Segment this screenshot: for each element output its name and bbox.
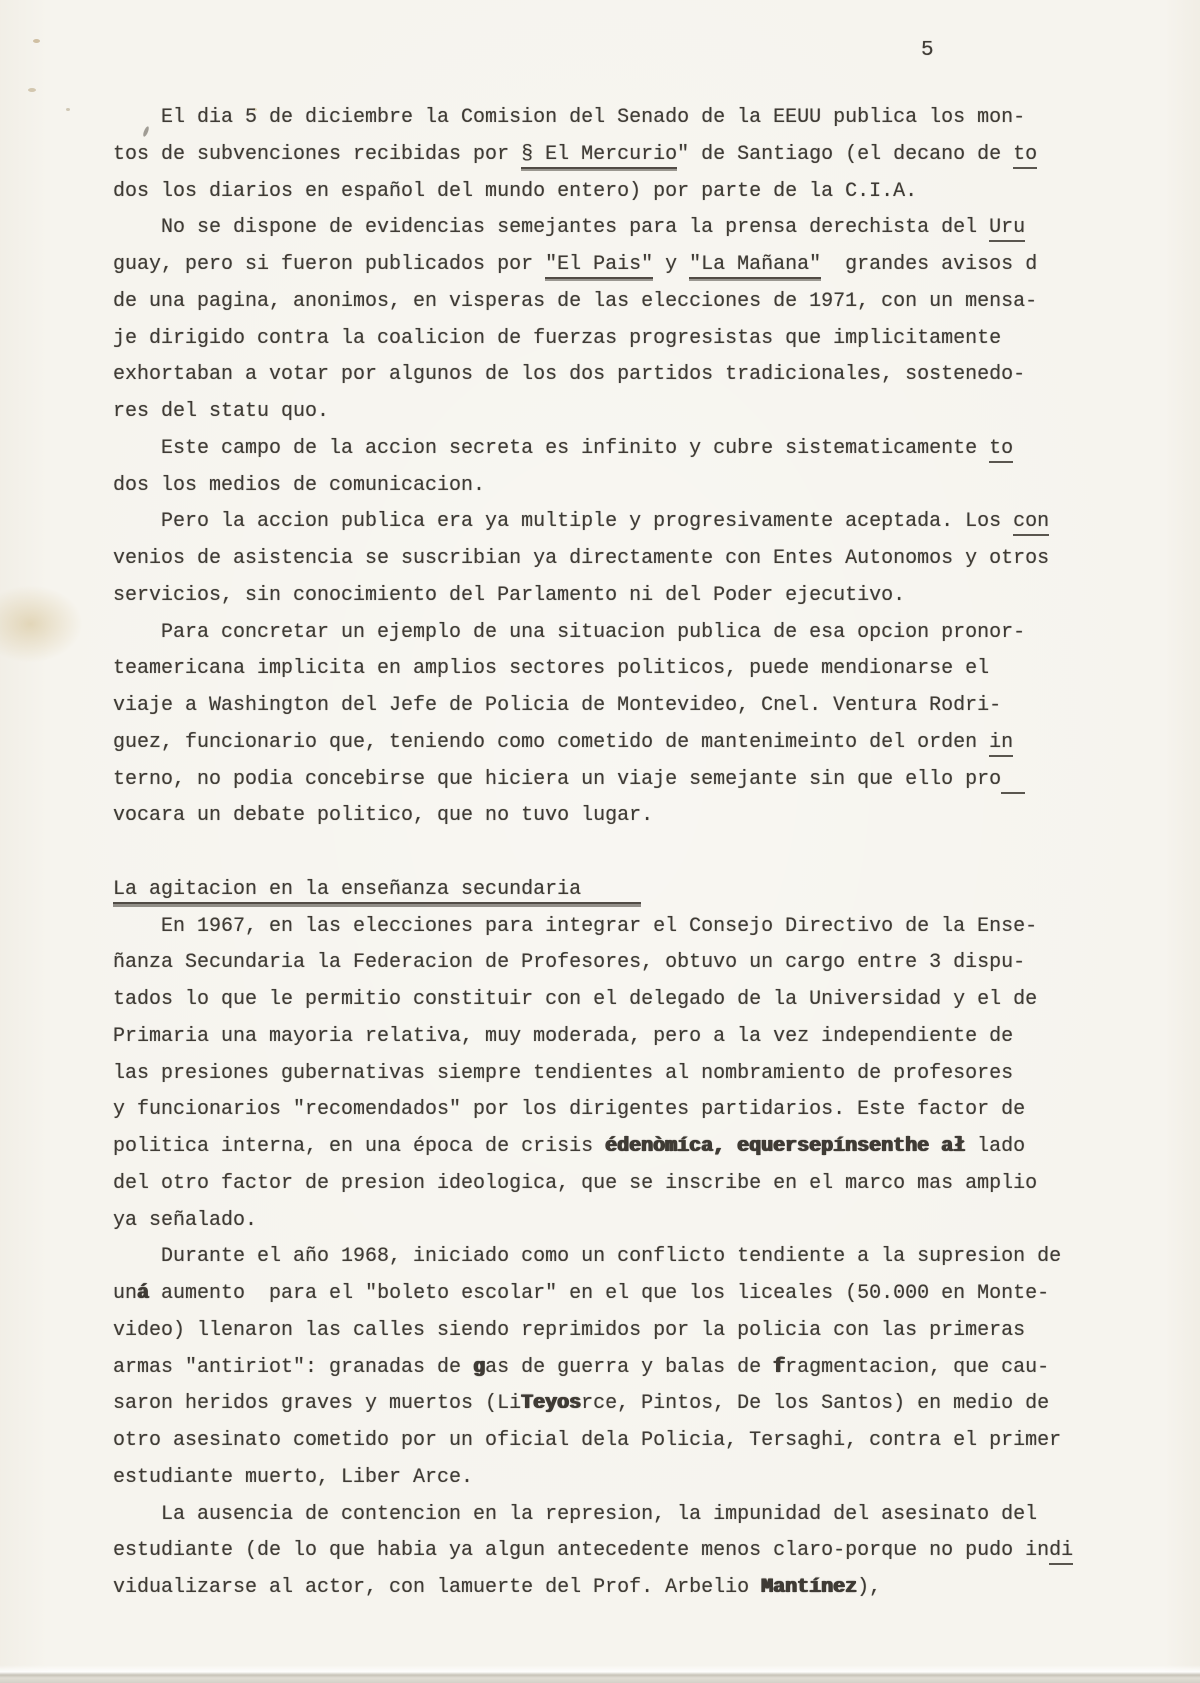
text-segment: El dia 5 de diciembre la Comision del Se… (113, 106, 1025, 129)
text-line: otro asesinato cometido por un oficial d… (113, 1423, 1073, 1460)
text-line: las presiones gubernativas siempre tendi… (113, 1056, 1073, 1093)
text-line: Este campo de la accion secreta es infin… (113, 431, 1073, 468)
text-segment: dos los diarios en español del mundo ent… (113, 180, 917, 203)
underlined-text: § El Mercurio (521, 143, 677, 169)
text-segment: as de guerra y balas de (485, 1356, 773, 1379)
text-segment: guez, funcionario que, teniendo como com… (113, 731, 989, 754)
text-line: exhortaban a votar por algunos de los do… (113, 357, 1073, 394)
text-segment: un (113, 1282, 137, 1305)
text-segment: Primaria una mayoria relativa, muy moder… (113, 1025, 1013, 1048)
text-line: video) llenaron las calles siendo reprim… (113, 1313, 1073, 1350)
text-line: dos los diarios en español del mundo ent… (113, 174, 1073, 211)
text-line: uná aumento para el "boleto escolar" en … (113, 1276, 1073, 1313)
text-segment: vocara un debate politico, que no tuvo l… (113, 804, 653, 827)
scan-edge-shadow (0, 1665, 1200, 1683)
text-segment: Para concretar un ejemplo de una situaci… (113, 621, 1025, 644)
underlined-text: "La Mañana" (689, 253, 821, 279)
text-segment: Durante el año 1968, iniciado como un co… (113, 1245, 1061, 1268)
overstruck-text: Mantínez (761, 1576, 857, 1599)
text-segment: je dirigido contra la coalicion de fuerz… (113, 327, 1001, 350)
text-line: saron heridos graves y muertos (LiTeyosr… (113, 1386, 1073, 1423)
overstruck-text: édenòmíca, equersepínsenthe ał (605, 1135, 965, 1158)
text-segment: terno, no podia concebirse que hiciera u… (113, 768, 1001, 791)
text-line: estudiante muerto, Liber Arce. (113, 1460, 1073, 1497)
text-segment: ñanza Secundaria la Federacion de Profes… (113, 951, 1025, 974)
page-number: 5 (921, 39, 934, 62)
text-line: En 1967, en las elecciones para integrar… (113, 909, 1073, 946)
underlined-text: di (1049, 1539, 1073, 1565)
text-segment: video) llenaron las calles siendo reprim… (113, 1319, 1025, 1342)
text-segment: saron heridos graves y muertos (Li (113, 1392, 521, 1415)
underlined-text: con (1013, 510, 1049, 536)
text-segment: venios de asistencia se suscribian ya di… (113, 547, 1049, 570)
text-segment: La ausencia de contencion en la represio… (113, 1503, 1037, 1526)
text-line: Para concretar un ejemplo de una situaci… (113, 615, 1073, 652)
text-segment: En 1967, en las elecciones para integrar… (113, 915, 1037, 938)
section-heading: La agitacion en la enseñanza secundaria (113, 878, 641, 904)
text-line: No se dispone de evidencias semejantes p… (113, 210, 1073, 247)
text-line: je dirigido contra la coalicion de fuerz… (113, 321, 1073, 358)
text-segment: las presiones gubernativas siempre tendi… (113, 1062, 1013, 1085)
text-line: guay, pero si fueron publicados por "El … (113, 247, 1073, 284)
text-line: dos los medios de comunicacion. (113, 468, 1073, 505)
text-line: servicios, sin conocimiento del Parlamen… (113, 578, 1073, 615)
overstruck-text: Teyos (521, 1392, 581, 1415)
text-line: tos de subvenciones recibidas por § El M… (113, 137, 1073, 174)
document-text: El dia 5 de diciembre la Comision del Se… (113, 100, 1073, 1607)
text-segment: ), (857, 1576, 881, 1599)
text-segment: exhortaban a votar por algunos de los do… (113, 363, 1025, 386)
text-line: guez, funcionario que, teniendo como com… (113, 725, 1073, 762)
text-line: estudiante (de lo que habia ya algun ant… (113, 1533, 1073, 1570)
text-segment: ya señalado. (113, 1209, 257, 1232)
text-line: teamericana implicita en amplios sectore… (113, 651, 1073, 688)
underlined-text: Uru (989, 216, 1025, 242)
text-segment: rce, Pintos, De los Santos) en medio de (581, 1392, 1049, 1415)
text-segment: grandes avisos d (821, 253, 1037, 276)
overstruck-text: g (473, 1356, 485, 1379)
text-line: El dia 5 de diciembre la Comision del Se… (113, 100, 1073, 137)
paper-speck (28, 88, 36, 92)
text-segment: de una pagina, anonimos, en visperas de … (113, 290, 1037, 313)
text-segment: servicios, sin conocimiento del Parlamen… (113, 584, 905, 607)
text-segment: No se dispone de evidencias semejantes p… (113, 216, 989, 239)
text-line: Durante el año 1968, iniciado como un co… (113, 1239, 1073, 1276)
underlined-text: in (989, 731, 1013, 757)
text-line: del otro factor de presion ideologica, q… (113, 1166, 1073, 1203)
text-line: tados lo que le permitio constituir con … (113, 982, 1073, 1019)
text-segment: Pero la accion publica era ya multiple y… (113, 510, 1013, 533)
text-line: ya señalado. (113, 1203, 1073, 1240)
text-segment: estudiante (de lo que habia ya algun ant… (113, 1539, 1049, 1562)
text-line: politica interna, en una época de crisis… (113, 1129, 1073, 1166)
text-segment: tos de subvenciones recibidas por (113, 143, 521, 166)
text-segment: " de Santiago (el decano de (677, 143, 1013, 166)
paper-stain (0, 585, 83, 663)
text-segment: lado (965, 1135, 1025, 1158)
overstruck-text: f (773, 1356, 785, 1379)
text-segment: teamericana implicita en amplios sectore… (113, 657, 989, 680)
text-segment: Este campo de la accion secreta es infin… (113, 437, 989, 460)
text-segment: tados lo que le permitio constituir con … (113, 988, 1037, 1011)
text-segment: aumento para el "boleto escolar" en el q… (149, 1282, 1049, 1305)
text-line: y funcionarios "recomendados" por los di… (113, 1092, 1073, 1129)
text-segment: y (653, 253, 689, 276)
text-line: Pero la accion publica era ya multiple y… (113, 504, 1073, 541)
text-line: de una pagina, anonimos, en visperas de … (113, 284, 1073, 321)
text-segment: res del statu quo. (113, 400, 329, 423)
text-segment: politica interna, en una época de crisis (113, 1135, 605, 1158)
text-line: armas "antiriot": granadas de gas de gue… (113, 1350, 1073, 1387)
underlined-text: to (1013, 143, 1037, 169)
text-line: vidualizarse al actor, con lamuerte del … (113, 1570, 1073, 1607)
text-segment: otro asesinato cometido por un oficial d… (113, 1429, 1061, 1452)
text-segment: ragmentacion, que cau- (785, 1356, 1049, 1379)
text-line: viaje a Washington del Jefe de Policia d… (113, 688, 1073, 725)
paper-speck (66, 108, 70, 111)
text-segment: del otro factor de presion ideologica, q… (113, 1172, 1037, 1195)
text-line: venios de asistencia se suscribian ya di… (113, 541, 1073, 578)
overstruck-text: á (137, 1282, 149, 1305)
text-segment: guay, pero si fueron publicados por (113, 253, 545, 276)
text-segment: y funcionarios "recomendados" por los di… (113, 1098, 1025, 1121)
text-line: Primaria una mayoria relativa, muy moder… (113, 1019, 1073, 1056)
text-segment: vidualizarse al actor, con lamuerte del … (113, 1576, 761, 1599)
paper-speck (33, 39, 40, 43)
text-segment: estudiante muerto, Liber Arce. (113, 1466, 473, 1489)
text-segment: dos los medios de comunicacion. (113, 474, 485, 497)
underlined-text: to (989, 437, 1013, 463)
text-line: La agitacion en la enseñanza secundaria (113, 872, 1073, 909)
text-line: vocara un debate politico, que no tuvo l… (113, 798, 1073, 835)
text-line: terno, no podia concebirse que hiciera u… (113, 762, 1073, 799)
text-segment: armas "antiriot": granadas de (113, 1356, 473, 1379)
text-line: La ausencia de contencion en la represio… (113, 1497, 1073, 1534)
text-segment: viaje a Washington del Jefe de Policia d… (113, 694, 1001, 717)
text-line: res del statu quo. (113, 394, 1073, 431)
text-line (113, 835, 1073, 872)
underlined-text: "El Pais" (545, 253, 653, 279)
text-line: ñanza Secundaria la Federacion de Profes… (113, 945, 1073, 982)
underlined-text (1001, 768, 1025, 794)
